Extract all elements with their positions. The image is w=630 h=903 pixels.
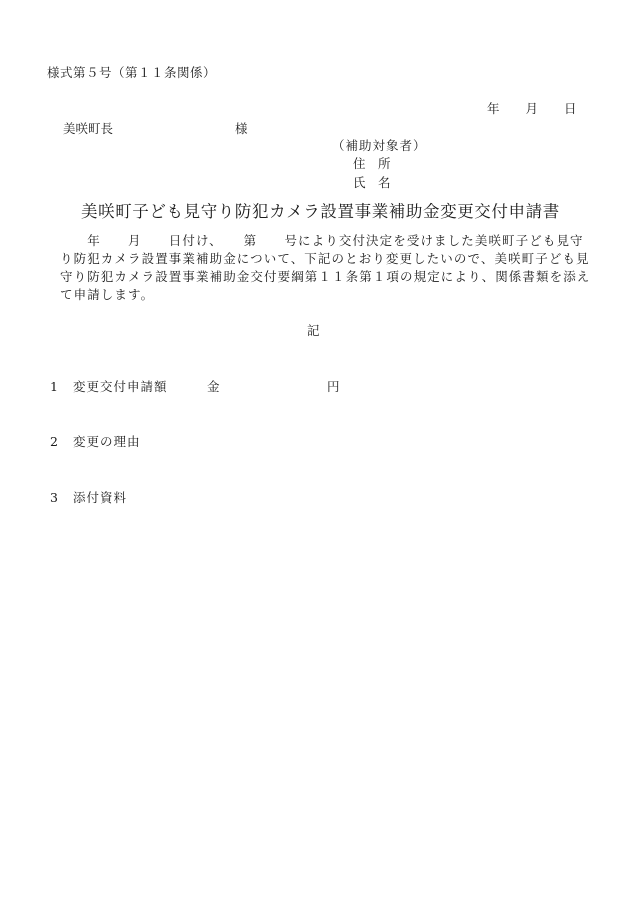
item-label: 添付資料 — [73, 490, 127, 505]
applicant-label: （補助対象者） — [332, 139, 427, 153]
document-title: 美咲町子ども見守り防犯カメラ設置事業補助金変更交付申請書 — [81, 202, 551, 222]
amount-prefix: 金 — [207, 380, 220, 394]
item-number: 3 — [50, 491, 73, 505]
body-line: 守り防犯カメラ設置事業補助金交付要綱第１１条第１項の規定により、関係書類を添え — [60, 268, 580, 286]
note-mark: 記 — [307, 324, 320, 338]
date-month-label: 月 — [526, 102, 539, 116]
applicant-name-label: 氏 名 — [353, 176, 391, 190]
date-year-label: 年 — [487, 102, 500, 116]
date-day-label: 日 — [564, 102, 577, 116]
amount-suffix: 円 — [327, 380, 340, 394]
item-label: 変更の理由 — [73, 434, 141, 449]
body-line: り防犯カメラ設置事業補助金について、下記のとおり変更したいので、美咲町子ども見 — [60, 250, 580, 268]
applicant-address-label: 住 所 — [353, 157, 391, 171]
item-number: 2 — [50, 435, 73, 449]
item-change-reason: 2変更の理由 — [50, 435, 141, 449]
body-line: 年 月 日付け、 第 号により交付決定を受けました美咲町子ども見守 — [60, 232, 580, 250]
form-number: 様式第５号（第１１条関係） — [47, 66, 216, 80]
body-line: て申請します。 — [60, 286, 580, 304]
recipient-honorific: 様 — [235, 122, 248, 136]
item-label: 変更交付申請額 — [73, 379, 168, 394]
body-paragraph: 年 月 日付け、 第 号により交付決定を受けました美咲町子ども見守 り防犯カメラ… — [60, 232, 580, 304]
item-number: 1 — [50, 380, 73, 394]
item-attachments: 3添付資料 — [50, 491, 127, 505]
item-change-amount: 1変更交付申請額 — [50, 380, 168, 394]
recipient-name: 美咲町長 — [63, 122, 113, 136]
date-line: 年月日 — [487, 102, 577, 116]
